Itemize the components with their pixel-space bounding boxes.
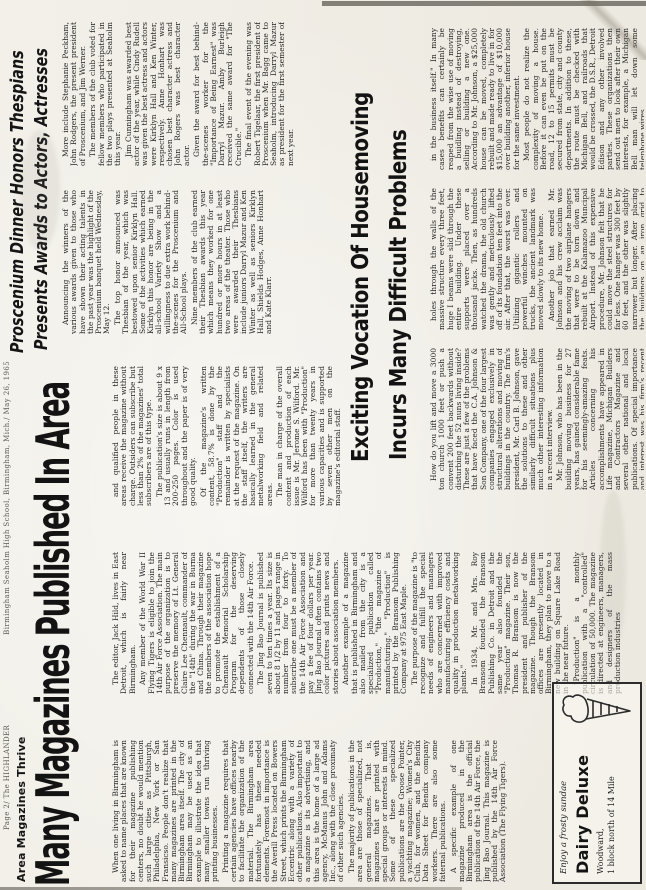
body-paragraph: Nine members of the club earned their Th… xyxy=(191,190,274,334)
newspaper-page: Page 2/ The HIGHLANDER Birmingham Seahol… xyxy=(0,0,646,890)
scan-crease-mark xyxy=(580,0,646,60)
body-paragraph: Another job that earned Mr. Johnson and … xyxy=(548,188,644,330)
housemoving-headline-line2: Incurs Many Difficult Problems xyxy=(388,130,411,460)
body-paragraph: Given the award for best behind-the-scen… xyxy=(193,22,243,166)
body-paragraph: Of the magazine's written content, 58.7%… xyxy=(200,366,274,506)
body-paragraph: The members of the club voted for fellow… xyxy=(89,22,122,166)
magazines-column-3: and qualified people in these areas rece… xyxy=(112,366,350,506)
body-paragraph: A specific example of one magazine produ… xyxy=(450,740,508,882)
newspaper-scan: Page 2/ The HIGHLANDER Birmingham Seahol… xyxy=(0,0,646,890)
body-paragraph: The editor, Jack Hild, lives in East Det… xyxy=(112,552,137,694)
body-paragraph: The top honor announced was Thesbian of … xyxy=(114,190,188,334)
proscenium-column-1: Announcing the winners of the various aw… xyxy=(62,190,348,334)
proscenium-column-2: More include Stephanie Peckham, John Rod… xyxy=(62,22,348,166)
housemoving-column-2: holes through the walls of the massive s… xyxy=(430,188,644,330)
body-paragraph: holes through the walls of the massive s… xyxy=(430,188,546,330)
body-paragraph: The final event of the evening was Rober… xyxy=(245,22,295,166)
body-paragraph: The publication's size is about 9 x 13 a… xyxy=(156,366,197,506)
scan-stain xyxy=(20,130,60,250)
housemoving-headline-line1: Exciting Vocation Of Housemoving xyxy=(350,92,373,462)
body-paragraph: Jim Cunningham was awarded best actor of… xyxy=(125,22,191,166)
body-paragraph: in the business itself." In many cases b… xyxy=(430,28,521,170)
body-paragraph: Printing a magazine requires that certai… xyxy=(222,740,346,882)
body-paragraph: The man in charge of the overall content… xyxy=(276,366,342,506)
body-paragraph: Announcing the winners of the various aw… xyxy=(62,190,112,334)
body-paragraph: Any member of the World War II Flying Ti… xyxy=(139,552,255,694)
body-paragraph: and qualified people in these areas rece… xyxy=(112,366,153,506)
body-paragraph: How do you lift and move a 3000 ton chur… xyxy=(430,348,554,490)
scan-stain xyxy=(600,490,626,650)
magazines-column-1: When one living in Birmingham is asked t… xyxy=(112,740,550,882)
body-paragraph: The majority of publications in the area… xyxy=(348,740,447,882)
article-magazines-headline: Many Magazines Published In Area xyxy=(30,382,76,886)
body-paragraph: More include Stephanie Peckham, John Rod… xyxy=(62,22,87,166)
ice-cream-cone-icon xyxy=(560,692,634,726)
body-paragraph: When one living in Birmingham is asked t… xyxy=(112,740,219,882)
body-paragraph: In 1934, Mr. and Mrs. Roy Bransom founde… xyxy=(471,552,570,694)
page-header-right: Birmingham Seaholm High School, Birmingh… xyxy=(3,361,11,635)
magazines-column-2: The editor, Jack Hild, lives in East Det… xyxy=(112,552,644,694)
page-header-left: Page 2/ The HIGHLANDER xyxy=(3,725,11,830)
body-paragraph: The Jing Bao Journal is published seven … xyxy=(257,552,340,694)
dairy-deluxe-ad: Enjoy a frosty sundae Dairy Deluxe Woodw… xyxy=(552,682,642,884)
housemoving-column-1: How do you lift and move a 3000 ton chur… xyxy=(430,348,644,490)
body-paragraph: The purpose of the magazine is "to recog… xyxy=(411,552,469,694)
body-paragraph: Mr. Johnson, who has been in the buildin… xyxy=(556,348,644,490)
body-paragraph: Another example of a magazine that is pu… xyxy=(342,552,408,694)
